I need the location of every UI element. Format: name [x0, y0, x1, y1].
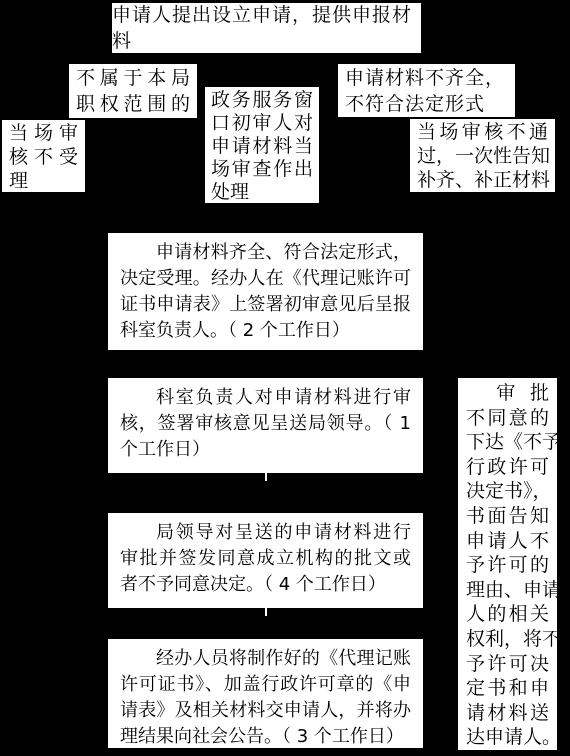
- section-chief-review-step-box: 科室负责人对申请材料进行审核，签署审核意见呈送局领导。（ 1个工作日）: [108, 378, 423, 473]
- text-line: 定书和申: [466, 676, 549, 701]
- text-line: 不属于本局: [76, 65, 190, 91]
- text-line: 证书申请表》上签署初审意见后呈报: [120, 292, 411, 318]
- no-jurisdiction-box: 不属于本局职权范围的: [69, 64, 197, 118]
- incomplete-materials-box: 申请材料不齐全，不符合法定形式: [338, 64, 515, 117]
- text-line: 过，一次性告知: [417, 144, 548, 168]
- text-line: 处理: [211, 181, 313, 203]
- text-line: 当场审核不通: [417, 120, 548, 144]
- text-line: 下达《不予: [466, 430, 549, 455]
- text-line: 理由、申请: [466, 578, 549, 603]
- text-line: 科室负责人对申请材料进行审: [120, 385, 411, 411]
- text-line: 不同意的: [466, 406, 549, 431]
- onsite-fail-notice-box: 当场审核不通过，一次性告知补齐、补正材料: [410, 119, 555, 192]
- text-line: 人的相关: [466, 602, 549, 627]
- text-line: 许可证书》、加盖行政许可章的《申: [120, 672, 411, 698]
- text-line: 政务服务窗: [211, 89, 313, 112]
- start-box: 申请人提出设立申请，提供申报材料: [112, 3, 421, 53]
- connector-tick-bottom: [265, 607, 267, 616]
- text-line: 当场审: [9, 121, 78, 145]
- start-box-text: 申请人提出设立申请，提供申报材料: [112, 3, 421, 53]
- text-line: 不符合法定形式: [345, 91, 508, 117]
- text-line: 请表》及相关材料交申请人，并将办: [120, 698, 411, 724]
- text-line: 核，签署审核意见呈送局领导。（ 1: [120, 411, 411, 437]
- text-line: 达申请人。: [466, 725, 549, 750]
- text-line: 予许可决: [466, 652, 549, 677]
- service-window-review-box: 政务服务窗口初审人对申请材料当场审查作出处理: [205, 87, 319, 203]
- text-line: 职权范围的: [76, 91, 190, 117]
- text-line: 者不予同意决定。（ 4 个工作日）: [120, 572, 411, 598]
- text-line: 个工作日）: [120, 437, 411, 463]
- text-line: 书面告知: [466, 504, 549, 529]
- text-line: 权利，将不: [466, 627, 549, 652]
- text-line: 补齐、补正材料: [417, 168, 548, 192]
- text-line: 予许可的: [466, 553, 549, 578]
- text-line: 决定书》，: [466, 479, 549, 504]
- text-line: 经办人员将制作好的《代理记账: [120, 646, 411, 672]
- accept-application-step-box: 申请材料齐全、符合法定形式，决定受理。经办人在《代理记账许可证书申请表》上签署初…: [108, 233, 423, 350]
- text-line: 理: [9, 169, 78, 192]
- text-line: 场审查作出: [211, 158, 313, 181]
- deliver-result-step-box: 经办人员将制作好的《代理记账许可证书》、加盖行政许可章的《申请表》及相关材料交申…: [108, 639, 423, 748]
- text-line: 行政许可: [466, 455, 549, 480]
- approval-rejected-sidebar-box: 审批不同意的下达《不予行政许可决定书》，书面告知申请人不予许可的理由、申请人的相…: [458, 378, 557, 750]
- text-line: 审批并签发同意成立机构的批文或: [120, 546, 411, 572]
- text-line: 申请材料齐全、符合法定形式，: [120, 240, 411, 266]
- text-line: 请材料送: [466, 701, 549, 726]
- text-line: 决定受理。经办人在《代理记账许可: [120, 266, 411, 292]
- text-line: 审批: [466, 381, 549, 406]
- text-line: 申请材料不齐全，: [345, 65, 508, 91]
- text-line: 局领导对呈送的申请材料进行: [120, 520, 411, 546]
- text-line: 申请材料当: [211, 135, 313, 158]
- text-line: 理结果向社会公告。（ 3 个工作日）: [120, 724, 411, 748]
- bureau-leader-approve-step-box: 局领导对呈送的申请材料进行审批并签发同意成立机构的批文或者不予同意决定。（ 4 …: [108, 513, 423, 608]
- connector-tick-top: [265, 472, 267, 481]
- text-line: 核不受: [9, 145, 78, 169]
- text-line: 科室负责人。（ 2 个工作日）: [120, 318, 411, 344]
- flowchart-canvas: { "colors": { "background": "#000000", "…: [0, 0, 570, 756]
- text-line: 口初审人对: [211, 112, 313, 135]
- onsite-not-accepted-box: 当场审核不受理: [2, 120, 85, 192]
- text-line: 申请人不: [466, 529, 549, 554]
